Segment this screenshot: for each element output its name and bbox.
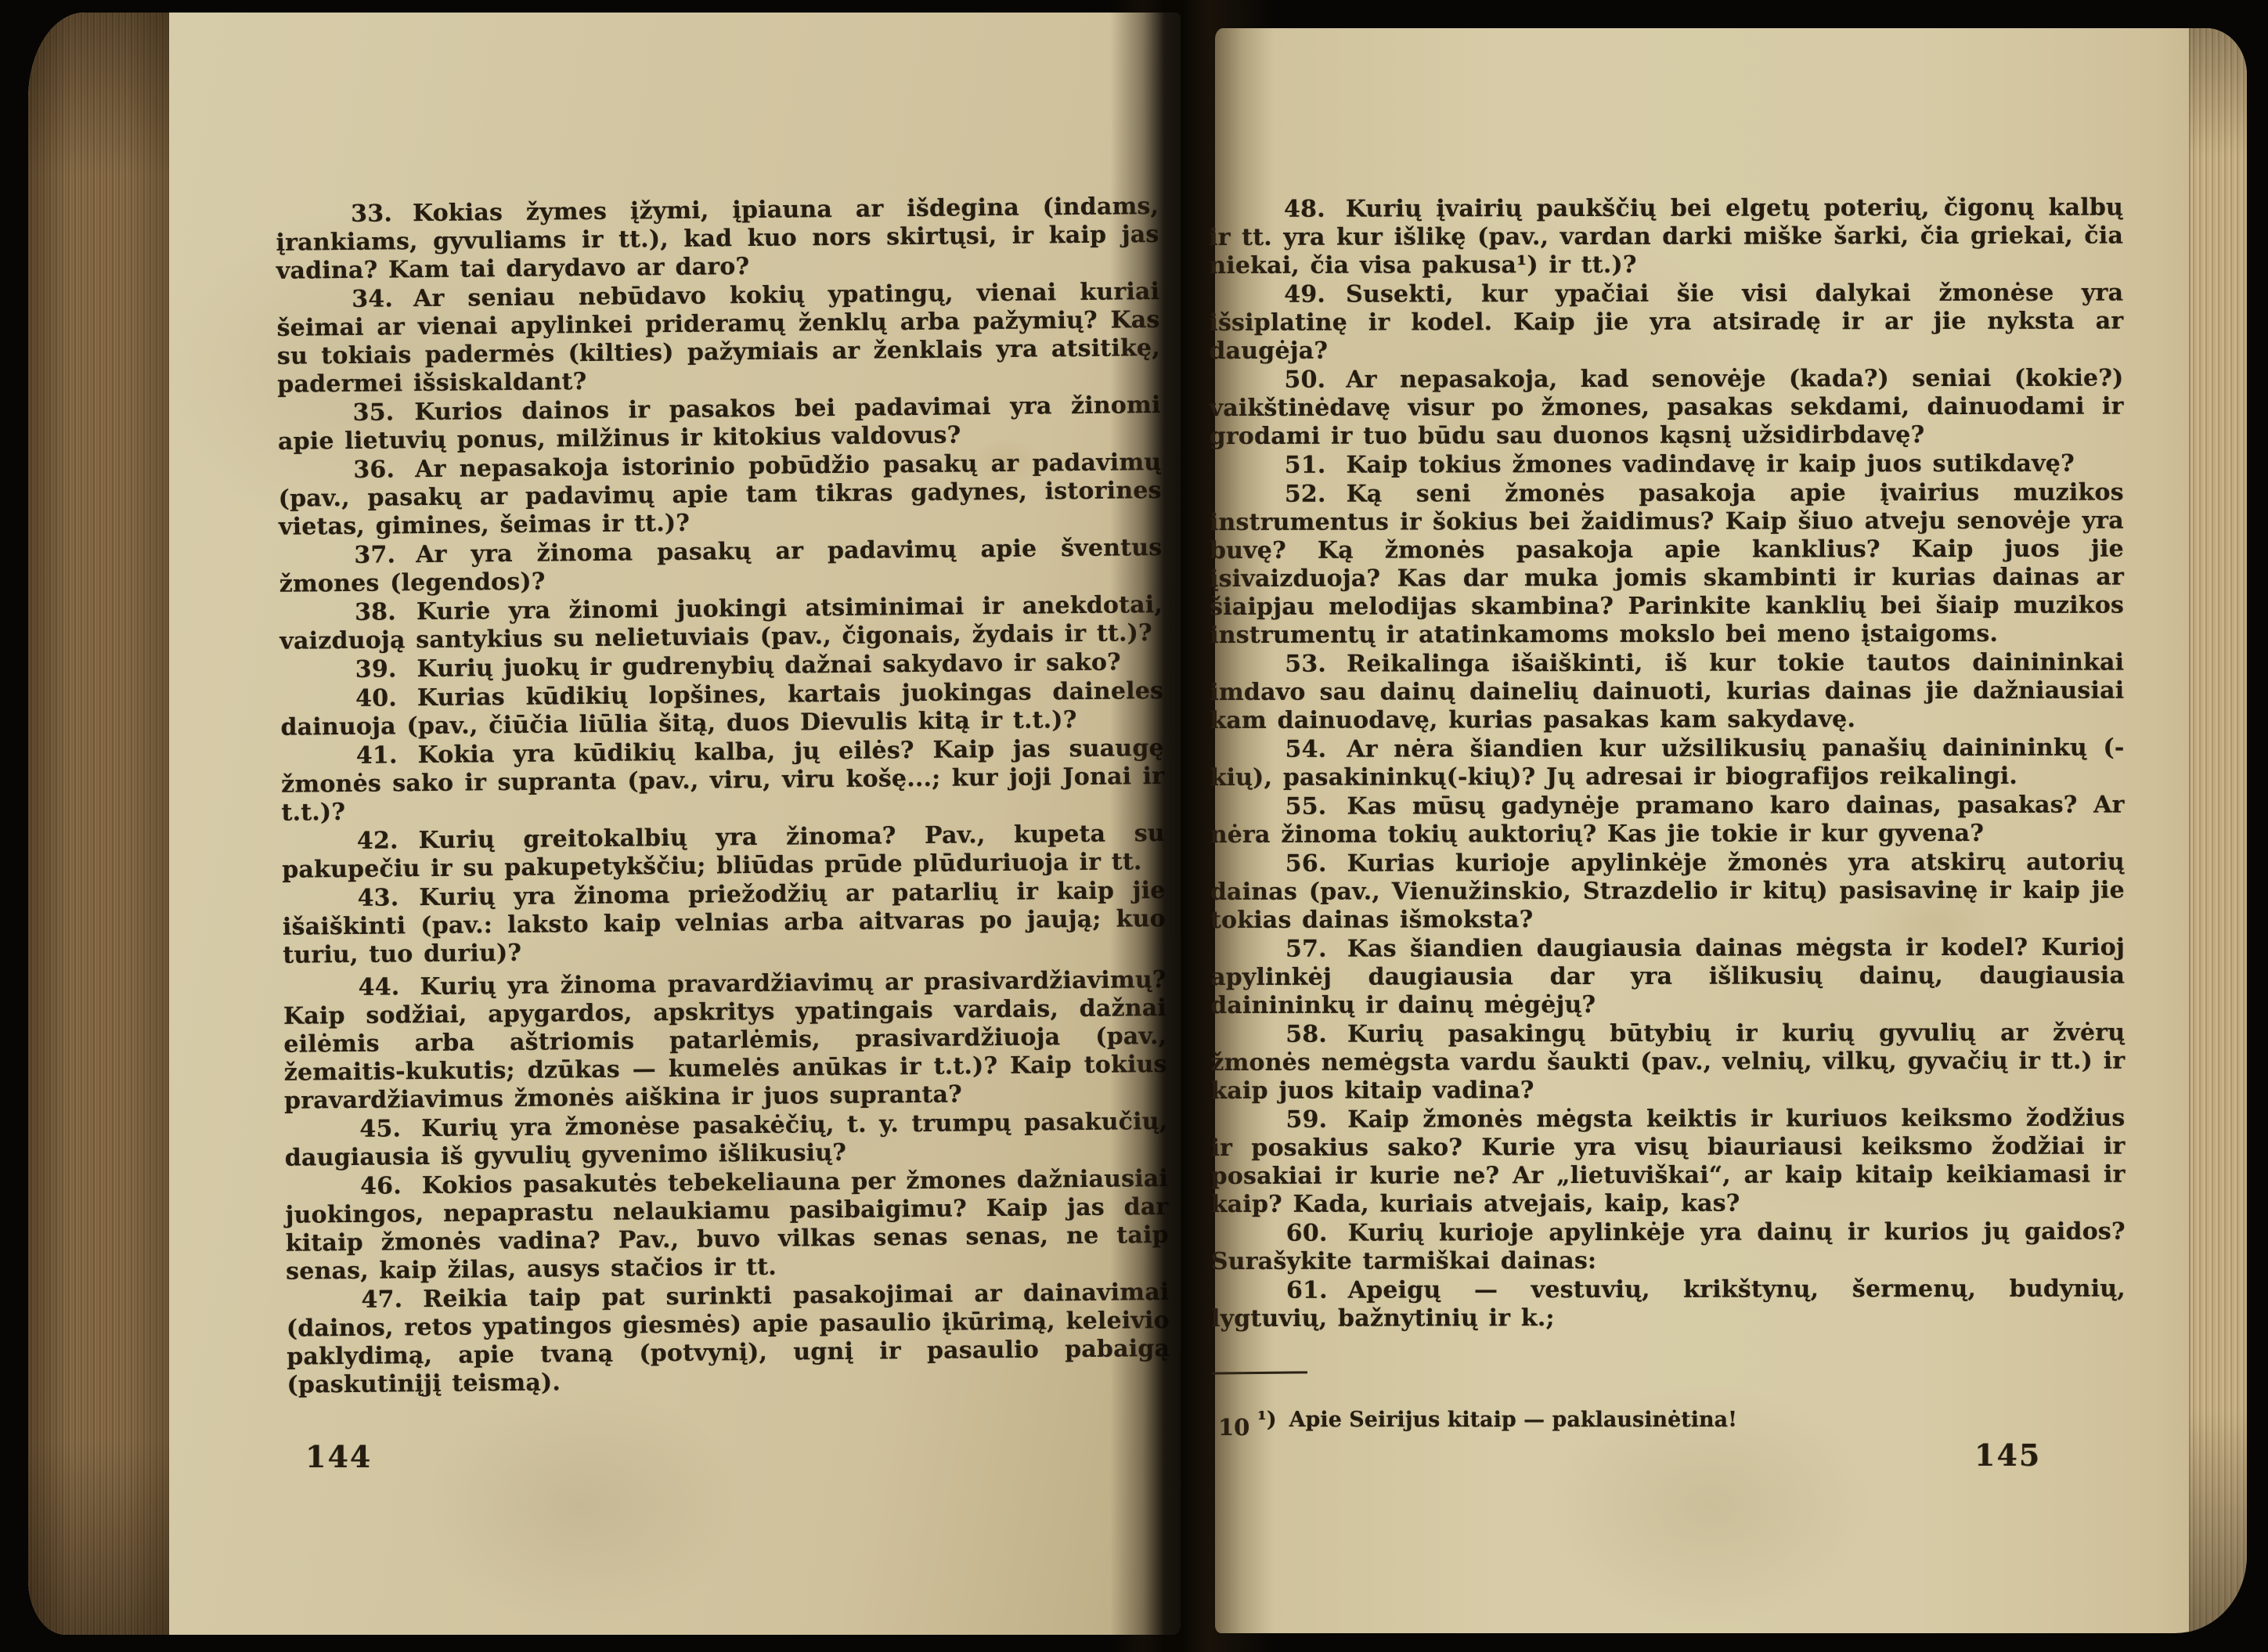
footnote: ¹)Apie Seirijus kitaip — paklausinėtina! [1209, 1407, 2070, 1434]
question-number: 48. [1284, 196, 1325, 223]
question-47: 47.Reikia taip pat surinkti pasakojimai … [286, 1279, 1170, 1400]
question-number: 42. [357, 827, 398, 855]
question-52: 52.Ką seni žmonės pasakoja apie įvairius… [1210, 479, 2124, 650]
question-text: Kurių pasakingų būtybių ir kurių gyvulių… [1210, 1019, 2125, 1105]
question-34: 34.Ar seniau nebūdavo kokių ypatingų, vi… [276, 278, 1160, 399]
question-text: Kurių kurioje apylinkėje yra dainų ir ku… [1211, 1218, 2126, 1275]
question-text: Kurias kurioje apylinkėje žmonės yra ats… [1210, 849, 2125, 934]
question-number: 49. [1284, 281, 1325, 308]
left-page-text: 33.Kokias žymes įžymi, įpiauna ar išdegi… [276, 193, 1170, 1401]
question-text: Ar nepasakoja, kad senovėje (kada?) seni… [1210, 365, 2124, 450]
question-number: 38. [355, 598, 396, 626]
left-fore-edge [28, 13, 169, 1635]
question-number: 36. [353, 456, 395, 484]
right-fore-edge [2189, 28, 2247, 1633]
question-61: 61.Apeigų — vestuvių, krikštynų, šermenų… [1211, 1275, 2126, 1333]
question-text: Kurių yra žinoma pravardžiavimų ar prasi… [283, 966, 1167, 1115]
question-number: 53. [1285, 651, 1326, 678]
question-text: Kurios dainos ir pasakos bei padavimai y… [278, 391, 1161, 456]
question-60: 60.Kurių kurioje apylinkėje yra dainų ir… [1211, 1218, 2126, 1276]
footnote-text: Apie Seirijus kitaip — paklausinėtina! [1289, 1408, 1737, 1432]
question-text: Ar seniau nebūdavo kokių ypatingų, viena… [276, 278, 1160, 399]
question-text: Kaip žmonės mėgsta keiktis ir kuriuos ke… [1211, 1105, 2126, 1218]
question-35: 35.Kurios dainos ir pasakos bei padavima… [277, 391, 1161, 456]
question-text: Kurių greitokalbių yra žinoma? Pav., kup… [282, 820, 1165, 884]
question-46: 46.Kokios pasakutės tebekeliauna per žmo… [285, 1165, 1169, 1286]
question-text: Kas šiandien daugiausia dainas mėgsta ir… [1210, 934, 2125, 1019]
question-number: 60. [1286, 1220, 1328, 1247]
question-number: 61. [1286, 1277, 1328, 1304]
question-text: Kurių yra žinoma priežodžių ar patarlių … [283, 877, 1166, 969]
question-text: Kokia yra kūdikių kalba, jų eilės? Kaip … [281, 734, 1164, 827]
book-scan: 33.Kokias žymes įžymi, įpiauna ar išdegi… [0, 0, 2268, 1652]
question-56: 56.Kurias kurioje apylinkėje žmonės yra … [1210, 849, 2125, 935]
question-number: 45. [359, 1115, 401, 1143]
question-number: 57. [1285, 936, 1327, 963]
question-number: 56. [1285, 850, 1327, 878]
question-number: 52. [1285, 481, 1326, 508]
question-number: 33. [351, 200, 392, 228]
question-text: Ką seni žmonės pasakoja apie įvairius mu… [1210, 479, 2124, 649]
footnote-marker: ¹) [1257, 1408, 1277, 1432]
question-text: Kurie yra žinomi juokingi atsiminimai ir… [279, 591, 1163, 655]
question-number: 34. [352, 285, 393, 313]
question-51: 51.Kaip tokius žmones vadindavę ir kaip … [1210, 450, 2124, 480]
question-text: Susekti, kur ypačiai šie visi dalykai žm… [1209, 280, 2123, 365]
question-number: 40. [355, 684, 397, 712]
question-33: 33.Kokias žymes įžymi, įpiauna ar išdegi… [276, 193, 1159, 286]
question-50: 50.Ar nepasakoja, kad senovėje (kada?) s… [1209, 365, 2123, 451]
question-number: 47. [361, 1286, 402, 1314]
question-number: 44. [359, 973, 400, 1001]
signature-mark: 10 [1218, 1414, 1249, 1441]
question-number: 41. [356, 741, 398, 770]
question-text: Reikia taip pat surinkti pasakojimai ar … [287, 1279, 1170, 1399]
question-text: Kurių įvairių paukščių bei elgetų poteri… [1209, 194, 2123, 280]
question-48: 48.Kurių įvairių paukščių bei elgetų pot… [1209, 194, 2123, 280]
question-number: 46. [360, 1172, 402, 1200]
question-number: 50. [1284, 366, 1325, 394]
question-44: 44.Kurių yra žinoma pravardžiavimų ar pr… [283, 966, 1168, 1116]
question-37: 37.Ar yra žinoma pasakų ar padavimų apie… [279, 534, 1163, 599]
question-57: 57.Kas šiandien daugiausia dainas mėgsta… [1210, 934, 2125, 1020]
question-text: Kas mūsų gadynėje pramano karo dainas, p… [1210, 792, 2125, 849]
question-number: 54. [1285, 736, 1326, 763]
right-page-text: 48.Kurių įvairių paukščių bei elgetų pot… [1209, 194, 2126, 1334]
question-number: 43. [357, 884, 398, 912]
question-45: 45.Kurių yra žmonėse pasakėčių, t. y. tr… [284, 1108, 1168, 1173]
question-number: 35. [352, 399, 394, 427]
question-36: 36.Ar nepasakoja istorinio pobūdžio pasa… [278, 449, 1162, 542]
question-text: Ar nėra šiandien kur užsilikusių panašių… [1210, 734, 2125, 792]
page-number-left: 144 [305, 1439, 372, 1474]
question-number: 55. [1285, 793, 1327, 821]
question-58: 58.Kurių pasakingų būtybių ir kurių gyvu… [1210, 1019, 2125, 1106]
question-43: 43.Kurių yra žinoma priežodžių ar patarl… [282, 877, 1166, 970]
question-text: Kurių yra žmonėse pasakėčių, t. y. trump… [285, 1108, 1168, 1172]
question-53: 53.Reikalinga išaiškinti, iš kur tokie t… [1210, 649, 2124, 735]
question-text: Kurias kūdikių lopšines, kartais juoking… [280, 677, 1163, 741]
question-text: Kaip tokius žmones vadindavę ir kaip juo… [1346, 450, 2074, 479]
question-42: 42.Kurių greitokalbių yra žinoma? Pav., … [282, 820, 1166, 885]
question-text: Kokios pasakutės tebekeliauna per žmones… [285, 1165, 1169, 1286]
question-text: Kokias žymes įžymi, įpiauna ar išdegina … [276, 193, 1159, 285]
question-38: 38.Kurie yra žinomi juokingi atsiminimai… [279, 591, 1163, 656]
question-49: 49.Susekti, kur ypačiai šie visi dalykai… [1209, 280, 2123, 366]
question-number: 37. [354, 541, 395, 569]
question-54: 54.Ar nėra šiandien kur užsilikusių pana… [1210, 734, 2124, 792]
question-55: 55.Kas mūsų gadynėje pramano karo dainas… [1210, 792, 2125, 849]
question-text: Ar nepasakoja istorinio pobūdžio pasakų … [279, 449, 1162, 541]
page-number-right: 145 [1974, 1437, 2041, 1473]
question-number: 59. [1285, 1106, 1327, 1134]
question-41: 41.Kokia yra kūdikių kalba, jų eilės? Ka… [281, 734, 1165, 828]
question-text: Kurių juokų ir gudrenybių dažnai sakydav… [416, 648, 1121, 683]
question-number: 51. [1285, 452, 1326, 479]
question-text: Ar yra žinoma pasakų ar padavimų apie šv… [279, 534, 1163, 598]
question-number: 39. [355, 655, 397, 684]
question-text: Apeigų — vestuvių, krikštynų, šermenų, b… [1211, 1275, 2126, 1333]
question-59: 59.Kaip žmonės mėgsta keiktis ir kuriuos… [1210, 1105, 2125, 1219]
question-text: Reikalinga išaiškinti, iš kur tokie taut… [1210, 649, 2124, 734]
question-40: 40.Kurias kūdikių lopšines, kartais juok… [280, 677, 1164, 742]
question-number: 58. [1285, 1021, 1327, 1048]
